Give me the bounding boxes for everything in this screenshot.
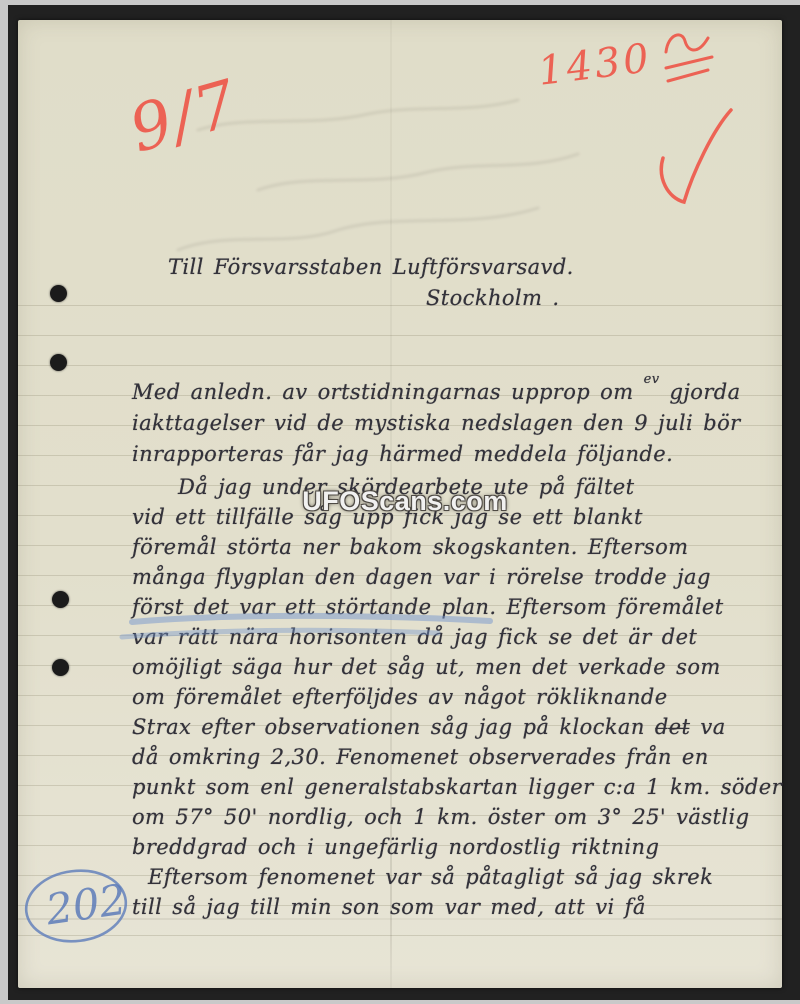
punch-hole [52,591,69,608]
handwritten-line: många flygplan den dagen var i rörelse t… [132,562,782,592]
handwritten-line: Eftersom fenomenet var så påtagligt så j… [132,862,782,892]
handwritten-line: Strax efter observationen såg jag på klo… [132,712,782,742]
handwritten-line: Med anledn. av ortstidningarnas upprop o… [132,372,741,408]
letter-paper: 9/7 1430 Till Försvarsstaben Luftförsvar… [18,20,782,988]
handwritten-line: inrapporteras får jag härmed meddela föl… [132,439,741,470]
archive-number-stamp: 202 [20,860,132,952]
handwritten-line: föremål störta ner bakom skogskanten. Ef… [132,532,782,562]
handwritten-line: iakttagelser vid de mystiska nedslagen d… [132,408,741,439]
punch-hole [50,354,67,371]
handwritten-line: om föremålet efterföljdes av något rökli… [132,682,782,712]
recipient-address: Till Försvarsstaben Luftförsvarsavd.Stoc… [168,252,574,314]
punch-hole [52,659,69,676]
handwritten-line: Stockholm . [426,283,574,314]
handwritten-line: Till Försvarsstaben Luftförsvarsavd. [168,252,574,283]
handwritten-line: punkt som enl generalstabskartan ligger … [132,772,782,802]
inserted-word: ev [644,372,660,387]
red-approx-squiggle [658,28,718,90]
letter-paragraph-2: Då jag under skördearbete ute på fältetv… [132,472,782,922]
punch-hole [50,285,67,302]
watermark: UFOScans.com [300,486,510,517]
handwritten-line: breddgrad och i ungefärlig nordostlig ri… [132,832,782,862]
blue-pencil-underline [118,604,518,650]
handwritten-line: omöjligt säga hur det såg ut, men det ve… [132,652,782,682]
letter-paragraph-1: Med anledn. av ortstidningarnas upprop o… [132,372,741,470]
red-number-annotation: 1430 [536,35,655,95]
red-check-mark [653,100,743,215]
scanned-letter-page: 9/7 1430 Till Försvarsstaben Luftförsvar… [0,0,800,1004]
handwritten-line: till så jag till min son som var med, at… [132,892,782,922]
handwritten-line: om 57° 50' nordlig, och 1 km. öster om 3… [132,802,782,832]
handwritten-line: då omkring 2,30. Fenomenet observerades … [132,742,782,772]
